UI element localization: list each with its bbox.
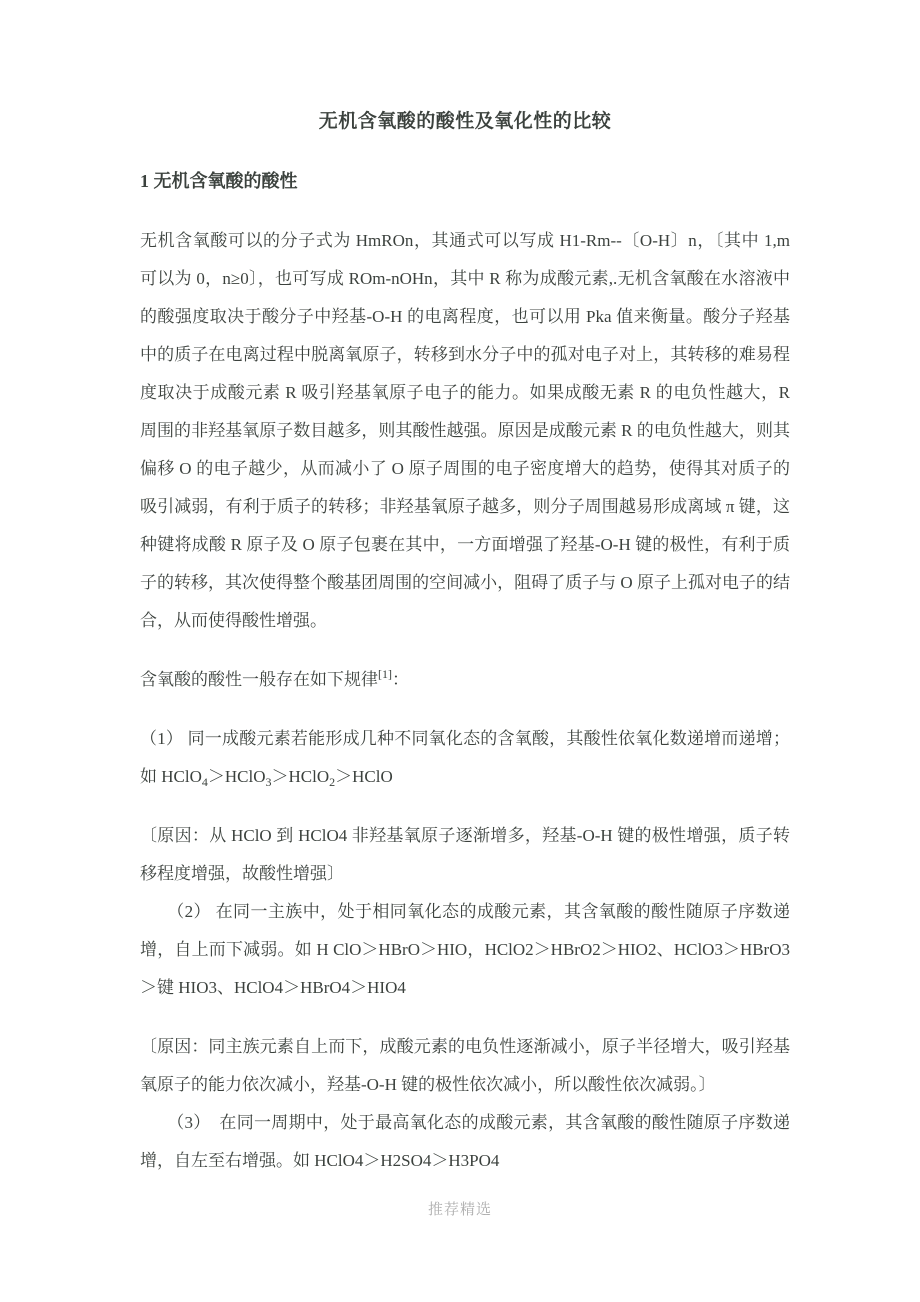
document-title: 无机含氧酸的酸性及氧化性的比较 <box>140 108 790 136</box>
section-heading: 1 无机含氧酸的酸性 <box>140 167 790 195</box>
paragraph-1: 无机含氧酸可以的分子式为 HmROn，其通式可以写成 H1-Rm--〔O-H〕n… <box>140 222 790 640</box>
paragraph-7: （3） 在同一周期中，处于最高氧化态的成酸元素，其含氧酸的酸性随原子序数递增，自… <box>140 1104 790 1180</box>
superscript: [1] <box>378 667 392 681</box>
document-content: 无机含氧酸的酸性及氧化性的比较 1 无机含氧酸的酸性 无机含氧酸可以的分子式为 … <box>0 0 920 1180</box>
paragraph-4: 〔原因：从 HClO 到 HClO4 非羟基氧原子逐渐增多，羟基-O-H 键的极… <box>140 817 790 893</box>
subscript: 3 <box>266 775 272 789</box>
subscript: 4 <box>202 775 208 789</box>
paragraph-6: 〔原因：同主族元素自上而下，成酸元素的电负性逐渐减小，原子半径增大，吸引羟基氧原… <box>140 1028 790 1104</box>
paragraph-5: （2） 在同一主族中，处于相同氧化态的成酸元素，其含氧酸的酸性随原子序数递增，自… <box>140 893 790 1007</box>
document-body: 无机含氧酸可以的分子式为 HmROn，其通式可以写成 H1-Rm--〔O-H〕n… <box>140 222 790 1180</box>
paragraph-3: （1） 同一成酸元素若能形成几种不同氧化态的含氧酸，其酸性依氧化数递增而递增；如… <box>140 720 790 796</box>
document-page: 无机含氧酸的酸性及氧化性的比较 1 无机含氧酸的酸性 无机含氧酸可以的分子式为 … <box>0 0 920 1302</box>
paragraph-2: 含氧酸的酸性一般存在如下规律[1]： <box>140 661 790 699</box>
footer-watermark: 推荐精选 <box>0 1198 920 1219</box>
subscript: 2 <box>329 775 335 789</box>
